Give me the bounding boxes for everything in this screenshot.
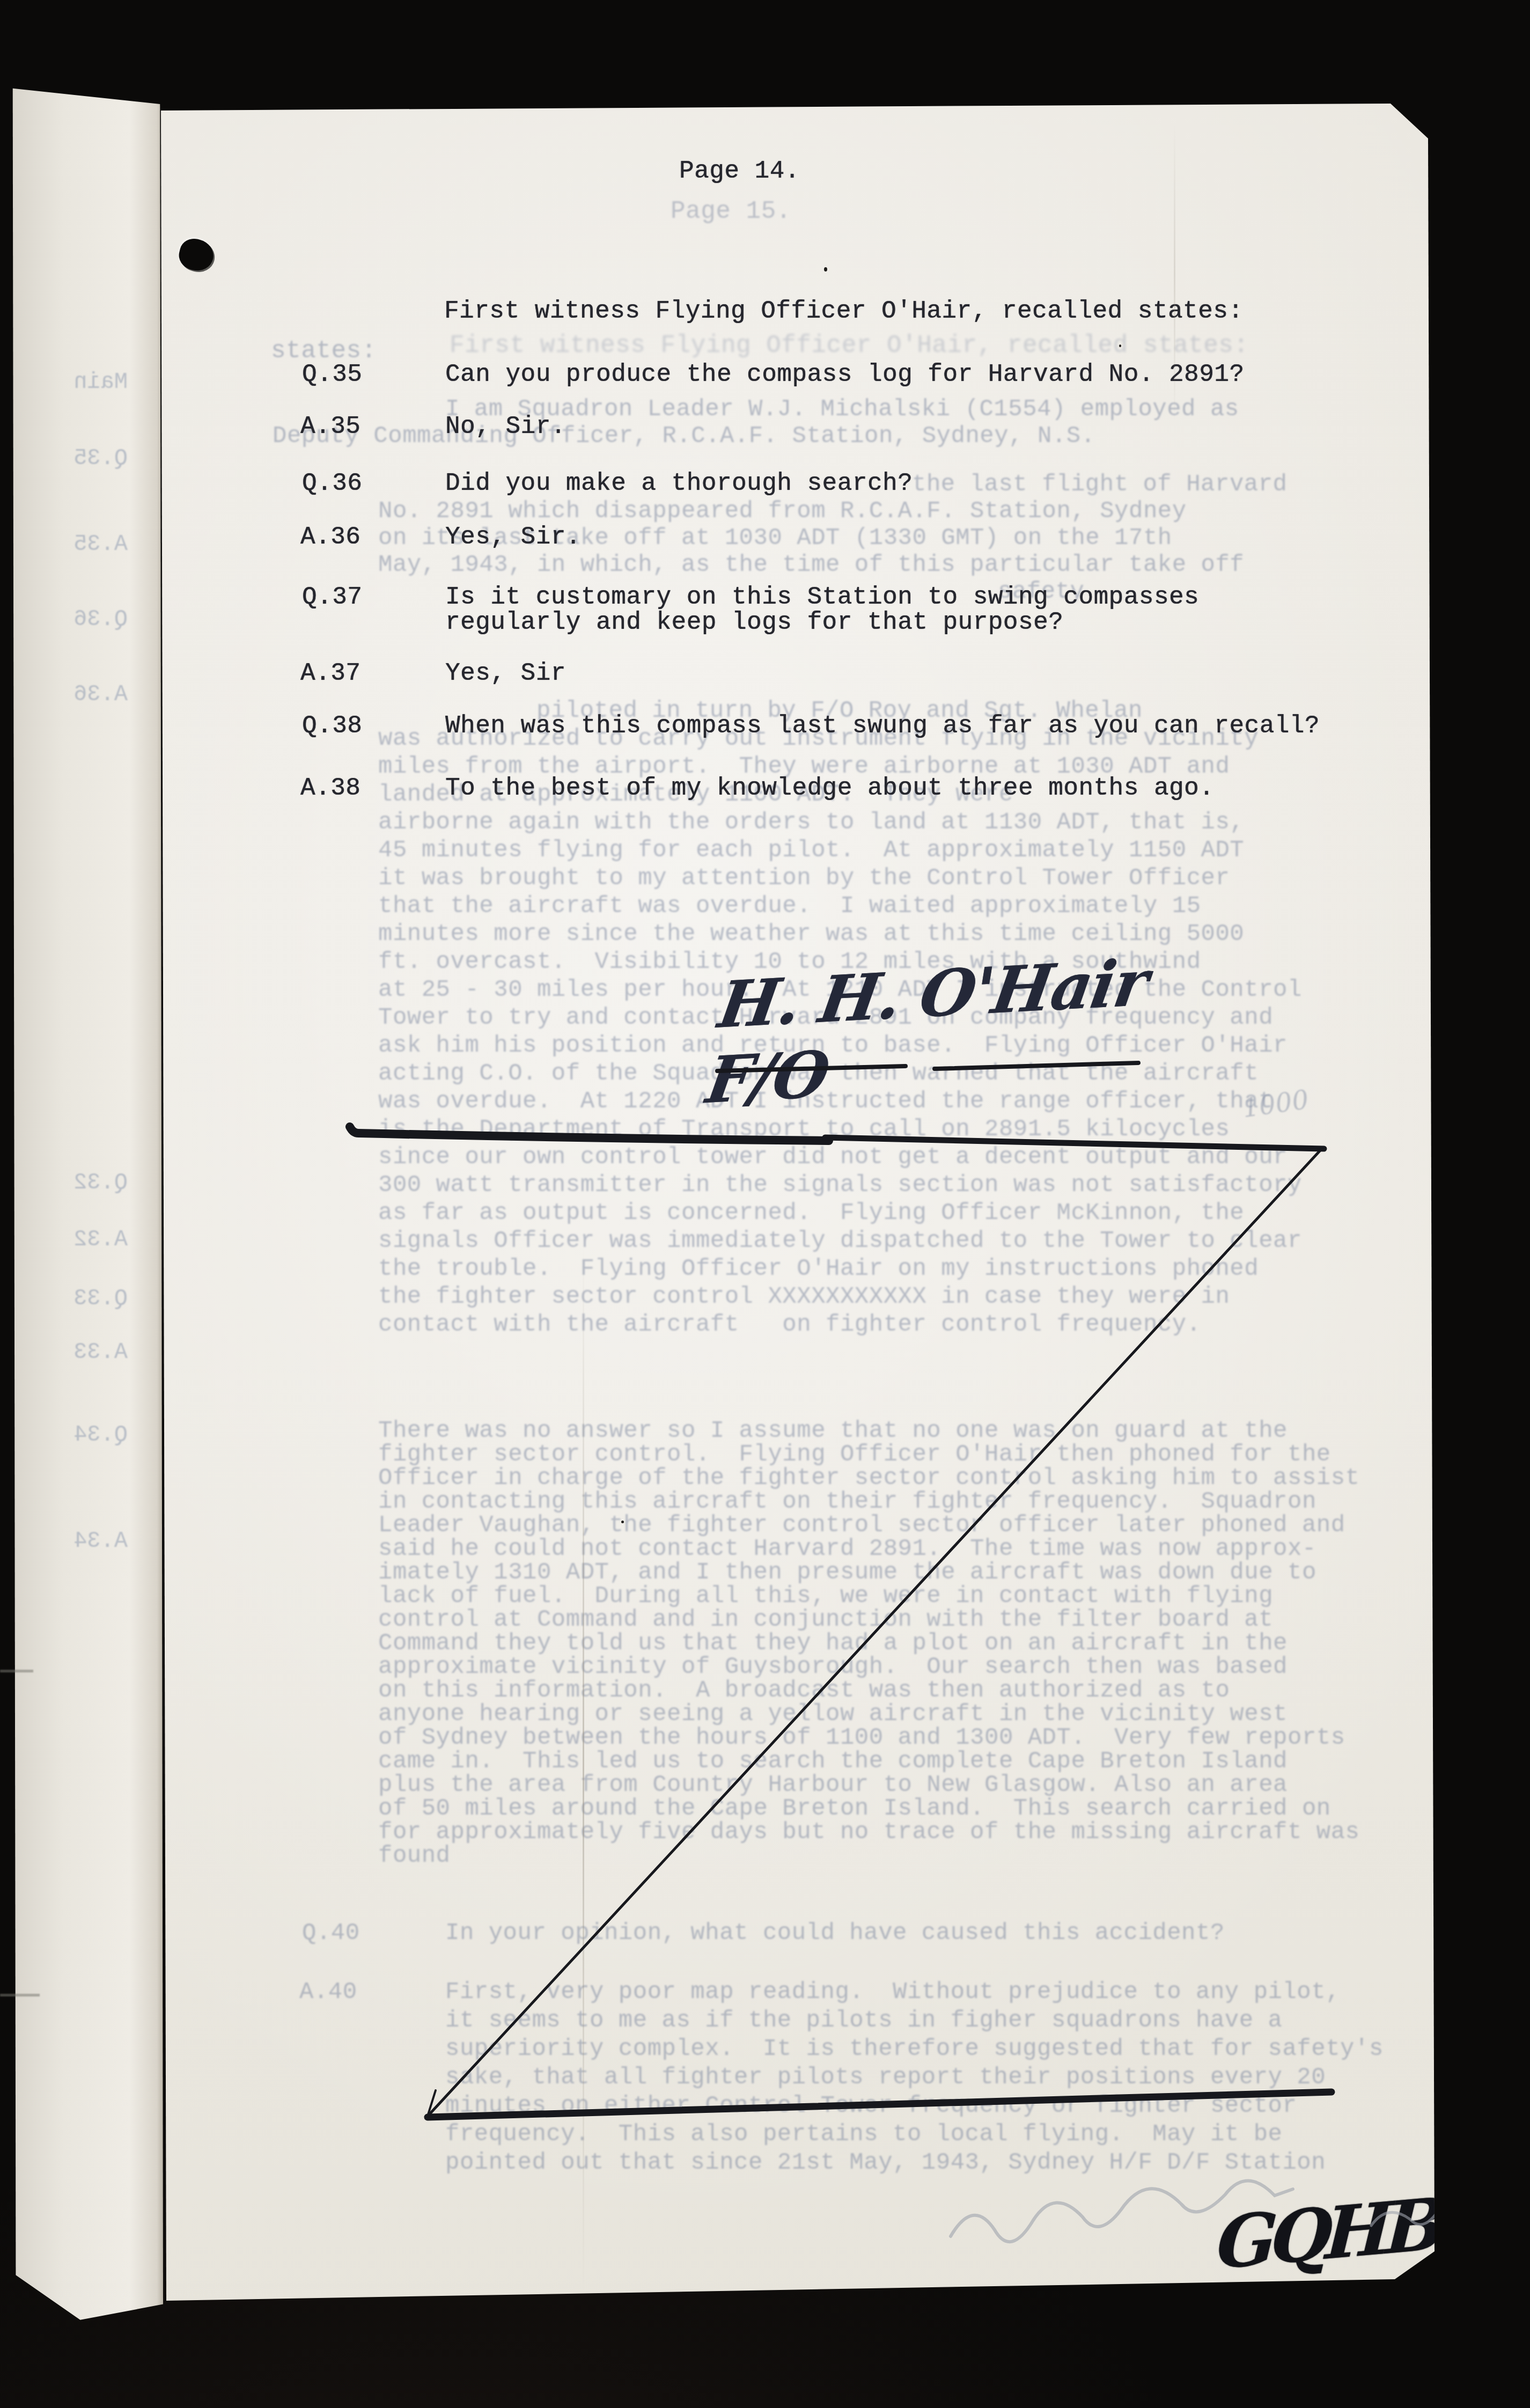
ghost-text-line: signals Officer was immediately dispatch…: [378, 1228, 1302, 1254]
qa-text: Yes, Sir.: [445, 525, 581, 550]
ghost-text-line: plus the area from Country Harbour to Ne…: [378, 1772, 1288, 1798]
bleedthrough-label: Q.36: [26, 606, 128, 632]
qa-text: When was this compass last swung as far …: [445, 714, 1320, 739]
bleedthrough-label: A.33: [26, 1339, 128, 1365]
bleedthrough-label: A.34: [26, 1528, 128, 1554]
ghost-text-line: since our own control tower did not get …: [378, 1144, 1288, 1171]
dust-speck: [1119, 344, 1121, 347]
ghost-text-line: A.40: [299, 1979, 357, 2006]
ghost-text-line: it seems to me as if the pilots in fighe…: [445, 2007, 1282, 2034]
dust-speck: [621, 1521, 624, 1523]
ghost-text-line: anyone hearing or seeing a yellow aircra…: [378, 1701, 1288, 1728]
ghost-text-line: airborne again with the orders to land a…: [378, 809, 1244, 836]
ghost-text-line: approximate vicinity of Guysborough. Our…: [378, 1654, 1288, 1680]
qa-label: A.37: [300, 661, 361, 686]
witness-heading: First witness Flying Officer O'Hair, rec…: [444, 299, 1244, 324]
previous-page-edge: MainQ.35A.35Q.36A.36Q.32A.32Q.33A.33Q.34…: [10, 79, 163, 2322]
qa-text: Yes, Sir: [445, 661, 566, 686]
bleedthrough-label: A.32: [26, 1227, 128, 1252]
ghost-text-line: 45 minutes flying for each pilot. At app…: [378, 837, 1244, 864]
ghost-text-line: Command they told us that they had a plo…: [378, 1630, 1288, 1657]
ghost-text-line: imately 1310 ADT, and I then presume the…: [378, 1559, 1316, 1586]
ghost-text-line: Deputy Commanding Officer, R.C.A.F. Stat…: [273, 423, 1095, 450]
qa-text: Is it customary on this Station to swing…: [445, 585, 1199, 635]
ghost-text-line: as far as output is concerned. Flying Of…: [378, 1200, 1244, 1227]
page-number: Page 14.: [679, 159, 800, 184]
bleedthrough-label: A.36: [26, 681, 128, 707]
ghost-text-line: control at Command and in conjunction wi…: [378, 1606, 1273, 1633]
qa-label: A.36: [300, 525, 361, 550]
qa-text: Did you make a thorough search?: [445, 471, 913, 496]
bleedthrough-label: Q.34: [26, 1422, 128, 1448]
punch-hole: [176, 236, 217, 274]
ghost-text-line: for approximately five days but no trace…: [378, 1819, 1360, 1846]
ghost-text-line: superiority complex. It is therefore sug…: [445, 2036, 1384, 2062]
ghost-text-line: of Sydney between the hours of 1100 and …: [378, 1724, 1345, 1751]
bleedthrough-label: Q.32: [26, 1170, 128, 1195]
qa-label: A.38: [300, 776, 361, 801]
qa-label: A.35: [300, 414, 361, 439]
ghost-text-line: found: [378, 1842, 451, 1869]
ghost-text-line: pointed out that since 21st May, 1943, S…: [445, 2149, 1326, 2176]
ghost-text-line: First, very poor map reading. Without pr…: [445, 1979, 1340, 2006]
ghost-text-line: Officer in charge of the fighter sector …: [378, 1465, 1360, 1492]
ghost-text-line: the trouble. Flying Officer O'Hair on my…: [378, 1256, 1259, 1282]
paper-crease: [1174, 123, 1175, 424]
ghost-text-line: frequency. This also pertains to local f…: [445, 2121, 1282, 2148]
document-page: I am Squadron Leader W.J. Michalski (C15…: [0, 0, 1530, 2408]
ghost-text-line: May, 1943, in which, as the time of this…: [378, 552, 1244, 578]
ghost-text-line: In your opinion, what could have caused …: [445, 1920, 1225, 1947]
ghost-text-line: of 50 miles around the Cape Breton Islan…: [378, 1795, 1331, 1822]
ghost-text-line: minutes more since the weather was at th…: [378, 921, 1244, 948]
qa-label: Q.35: [302, 362, 362, 387]
ghost-page-number: Page 15.: [671, 197, 791, 225]
ghost-text-line: on this information. A broadcast was the…: [378, 1677, 1230, 1704]
qa-text: Can you produce the compass log for Harv…: [445, 362, 1245, 387]
ghost-text-line: First witness Flying Officer O'Hair, rec…: [450, 332, 1249, 359]
ghost-text-line: in contacting this aircraft on their fig…: [378, 1488, 1316, 1515]
bleedthrough-label: Q.35: [26, 445, 128, 471]
qa-label: Q.38: [302, 714, 362, 739]
ghost-text-line: Q.40: [302, 1920, 360, 1947]
ghost-text-line: fighter sector control. Flying Officer O…: [378, 1441, 1331, 1468]
pencil-mark: [0, 1994, 40, 1996]
ghost-text-line: is the Department of Transport to call o…: [378, 1116, 1230, 1143]
dust-speck: [824, 267, 827, 271]
ghost-text-line: No. 2891 which disappeared from R.C.A.F.…: [378, 498, 1187, 525]
qa-text: No, Sir.: [445, 414, 566, 439]
ghost-text-line: sake, that all fighter pilots report the…: [445, 2064, 1326, 2091]
strikeout-arrow-barb: [428, 2090, 436, 2116]
ghost-text-line: minutes on either Control Tower frequenc…: [445, 2093, 1297, 2119]
ghost-text-line: the fighter sector control XXXXXXXXXXX i…: [378, 1283, 1230, 1310]
ghost-text-line: it was brought to my attention by the Co…: [378, 865, 1230, 892]
document-scan: MainQ.35A.35Q.36A.36Q.32A.32Q.33A.33Q.34…: [0, 0, 1530, 2408]
qa-text: To the best of my knowledge about three …: [445, 776, 1214, 801]
initials-mark: GQHB: [1215, 2182, 1442, 2286]
ghost-text-line: Leader Vaughan, the fighter control sect…: [378, 1512, 1345, 1539]
ghost-text-line: contact with the aircraft on fighter con…: [378, 1311, 1201, 1338]
qa-label: Q.36: [302, 471, 362, 496]
bleedthrough-label: Main: [26, 369, 128, 395]
paper-crease: [583, 1245, 584, 2296]
ghost-text-line: said he could not contact Harvard 2891. …: [378, 1536, 1316, 1562]
ghost-text-line: the last flight of Harvard: [912, 471, 1288, 498]
pencil-mark: [0, 1670, 33, 1672]
qa-label: Q.37: [302, 585, 362, 610]
bleedthrough-label: Q.33: [26, 1286, 128, 1311]
witness-signature: H. H. O'Hair F/O: [702, 944, 1175, 1118]
ghost-text-line: 300 watt transmitter in the signals sect…: [378, 1172, 1302, 1199]
bleedthrough-margin-labels: MainQ.35A.35Q.36A.36Q.32A.32Q.33A.33Q.34…: [10, 79, 163, 2322]
bleedthrough-label: A.35: [26, 531, 128, 557]
ghost-text-line: There was no answer so I assume that no …: [378, 1418, 1288, 1444]
ghost-text-line: that the aircraft was overdue. I waited …: [378, 893, 1201, 920]
ghost-text-line: came in. This led us to search the compl…: [378, 1748, 1288, 1775]
ghost-text-line: lack of fuel. During all this, we were i…: [378, 1583, 1273, 1610]
